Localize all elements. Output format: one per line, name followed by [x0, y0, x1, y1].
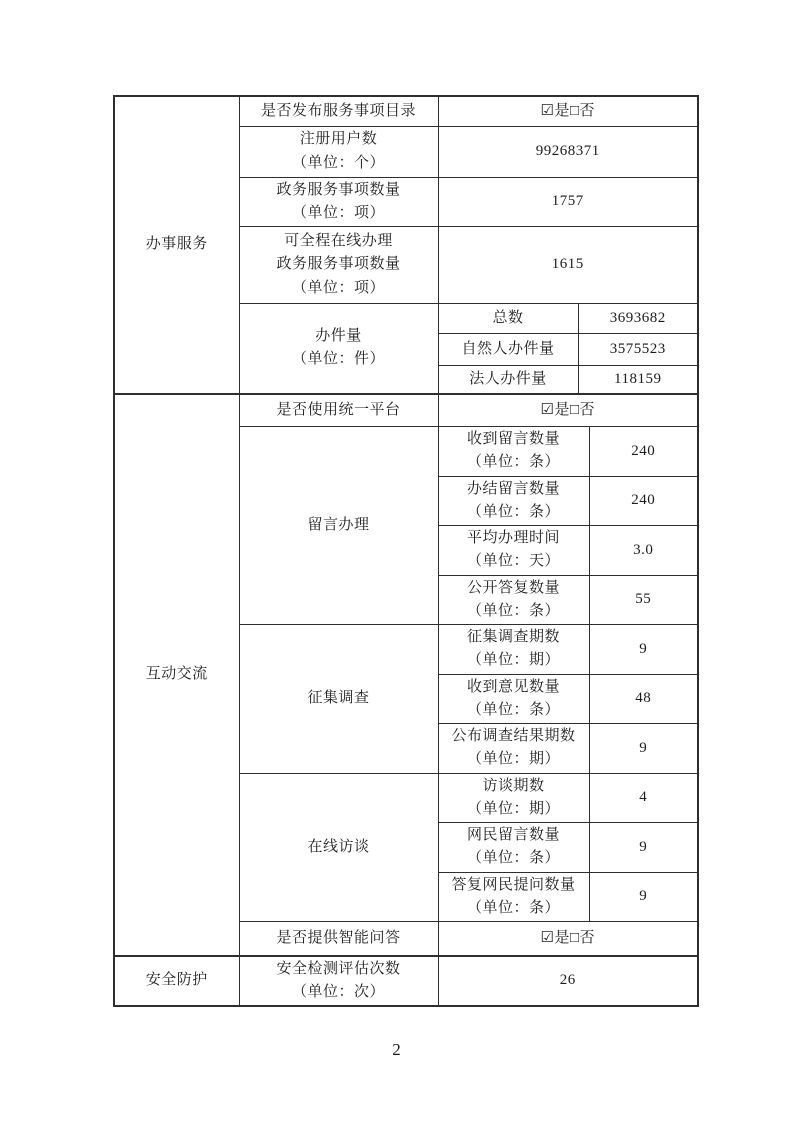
- value-messages-resolved: 240: [589, 476, 698, 526]
- sub-label-netizen-messages: 网民留言数量 （单位：条）: [438, 823, 589, 873]
- sub-label-messages-received: 收到留言数量 （单位：条）: [438, 427, 589, 477]
- sub-label-interview-periods: 访谈期数 （单位：期）: [438, 773, 589, 823]
- category-cell-service: 办事服务: [114, 96, 239, 394]
- checkbox-value-unified-platform: ☑是□否: [438, 394, 698, 427]
- checkbox-value-smart-qa: ☑是□否: [438, 922, 698, 956]
- sub-label-public-replies: 公开答复数量 （单位：条）: [438, 575, 589, 625]
- sub-label-total: 总数: [438, 304, 578, 334]
- value-survey-periods: 9: [589, 625, 698, 675]
- item-label-security-assessments: 安全检测评估次数 （单位：次）: [239, 956, 438, 1007]
- item-label-registered-users: 注册用户数 （单位：个）: [239, 126, 438, 177]
- group-label-survey: 征集调查: [239, 625, 438, 774]
- sub-label-netizen-questions-answered: 答复网民提问数量 （单位：条）: [438, 872, 589, 922]
- item-label-unified-platform: 是否使用统一平台: [239, 394, 438, 427]
- sub-label-survey-results-published: 公布调查结果期数 （单位：期）: [438, 724, 589, 774]
- category-cell-interaction: 互动交流: [114, 394, 239, 956]
- group-label-online-interview: 在线访谈: [239, 773, 438, 922]
- item-label-service-catalog: 是否发布服务事项目录: [239, 96, 438, 126]
- sub-label-natural-person-cases: 自然人办件量: [438, 334, 578, 366]
- item-label-smart-qa: 是否提供智能问答: [239, 922, 438, 956]
- item-label-online-service-items: 可全程在线办理 政务服务事项数量 （单位：项）: [239, 227, 438, 304]
- value-messages-received: 240: [589, 427, 698, 477]
- annual-report-table: 办事服务 是否发布服务事项目录 ☑是□否 注册用户数 （单位：个） 992683…: [113, 95, 699, 1007]
- value-netizen-questions-answered: 9: [589, 872, 698, 922]
- value-total-cases: 3693682: [578, 304, 698, 334]
- value-service-items: 1757: [438, 177, 698, 227]
- checkbox-value-service-catalog: ☑是□否: [438, 96, 698, 126]
- value-public-replies: 55: [589, 575, 698, 625]
- value-average-handling-time: 3.0: [589, 526, 698, 576]
- sub-label-survey-periods: 征集调查期数 （单位：期）: [438, 625, 589, 675]
- group-label-case-volume: 办件量 （单位：件）: [239, 304, 438, 394]
- value-security-assessments: 26: [438, 956, 698, 1007]
- value-online-service-items: 1615: [438, 227, 698, 304]
- document-page: 办事服务 是否发布服务事项目录 ☑是□否 注册用户数 （单位：个） 992683…: [0, 0, 793, 1122]
- category-cell-security: 安全防护: [114, 956, 239, 1007]
- sub-label-opinions-received: 收到意见数量 （单位：条）: [438, 674, 589, 724]
- page-number: 2: [0, 1040, 793, 1060]
- value-opinions-received: 48: [589, 674, 698, 724]
- group-label-message-handling: 留言办理: [239, 427, 438, 625]
- value-natural-person-cases: 3575523: [578, 334, 698, 366]
- value-legal-person-cases: 118159: [578, 366, 698, 394]
- value-netizen-messages: 9: [589, 823, 698, 873]
- sub-label-legal-person-cases: 法人办件量: [438, 366, 578, 394]
- item-label-service-items: 政务服务事项数量 （单位：项）: [239, 177, 438, 227]
- sub-label-messages-resolved: 办结留言数量 （单位：条）: [438, 476, 589, 526]
- value-registered-users: 99268371: [438, 126, 698, 177]
- sub-label-average-handling-time: 平均办理时间 （单位：天）: [438, 526, 589, 576]
- value-survey-results-published: 9: [589, 724, 698, 774]
- value-interview-periods: 4: [589, 773, 698, 823]
